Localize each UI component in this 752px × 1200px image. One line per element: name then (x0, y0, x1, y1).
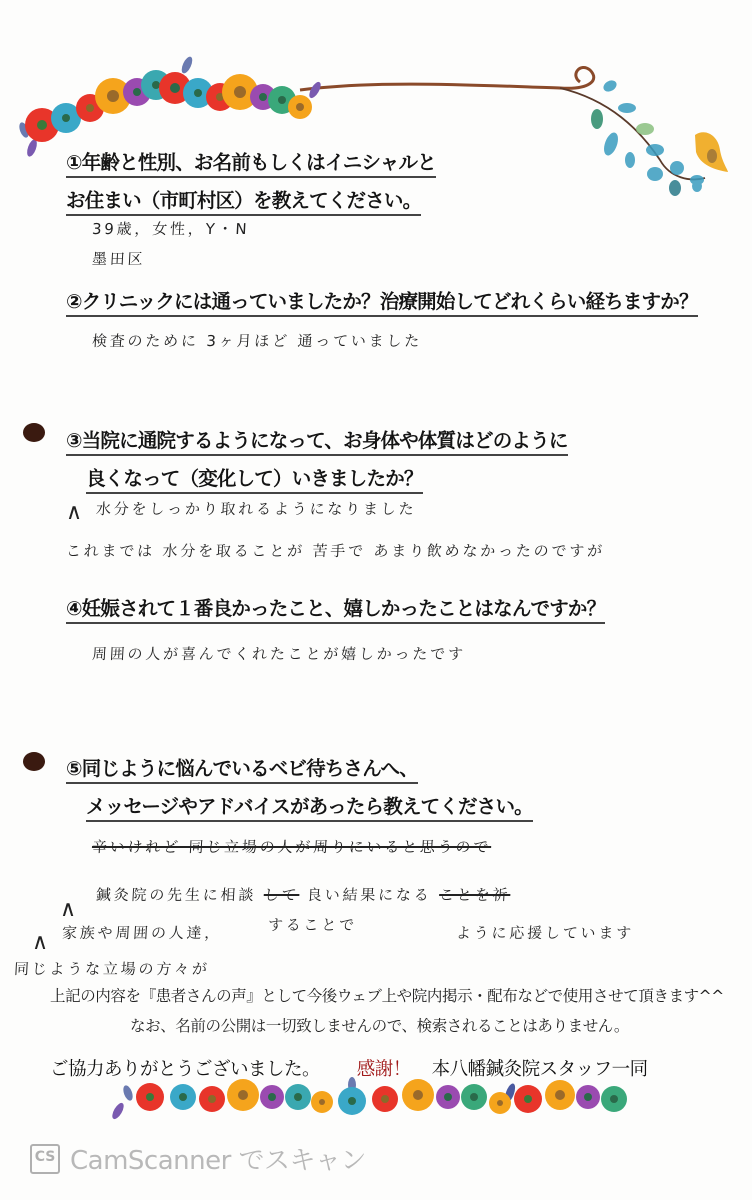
insertion-caret-icon: ∧ (32, 930, 48, 955)
question-3-answer-line-1: 水分をしっかり取れるようになりました (95, 498, 417, 519)
question-3-answer-line-2: これまでは 水分を取ることが 苦手で あまり飲めなかったのですが (65, 540, 605, 561)
question-5-answer-line-2: 家族や周囲の人達， (61, 922, 222, 943)
question-2-answer: 検査のために 3ヶ月ほど 通っていました (91, 330, 422, 351)
insertion-caret-icon: ∧ (66, 500, 82, 525)
question-5-insert-b: ように応援しています (455, 922, 634, 943)
question-1-answer-line-2: 墨田区 (91, 248, 146, 269)
bird-icon (695, 132, 728, 172)
question-5-title: ⑤同じように悩んでいるベビ待ちさんへ、 メッセージやアドバイスがあったら教えてく… (66, 752, 533, 828)
usage-notice-line-2: なお、名前の公開は一切致しませんので、検索されることはありません。 (130, 1014, 629, 1036)
question-5-answer-line-1: 鍼灸院の先生に相談 して 良い結果になる ことを祈 (95, 884, 510, 905)
question-5-struck-answer: 辛いけれど 同じ立場の人が周りにいると思うので (91, 836, 491, 857)
question-4-title: ④妊娠されて１番良かったこと、嬉しかったことはなんですか？ (66, 592, 605, 630)
question-5-answer-line-3: 同じような立場の方々が (13, 958, 210, 979)
bullet-dot-icon (23, 752, 45, 771)
question-4-answer: 周囲の人が喜んでくれたことが嬉しかったです (91, 643, 466, 664)
usage-notice-line-1: 上記の内容を『患者さんの声』として今後ウェブ上や院内掲示・配布などで使用させて頂… (50, 984, 724, 1006)
question-1-title: ①年齢と性別、お名前もしくはイニシャルと お住まい（市町村区）を教えてください。 (66, 146, 436, 222)
bullet-dot-icon (23, 423, 45, 442)
camscanner-watermark-text: CamScanner でスキャン (70, 1140, 366, 1177)
question-5-insert-a: することで (267, 914, 357, 935)
camscanner-logo-icon: CS (30, 1144, 60, 1174)
question-2-title: ②クリニックには通っていましたか？治療開始してどれくらい経ちますか？ (66, 285, 698, 323)
bottom-flower-garland-icon (0, 1075, 752, 1125)
insertion-caret-icon: ∧ (60, 897, 76, 922)
camscanner-watermark: CS CamScanner でスキャン (30, 1140, 366, 1177)
question-1-answer-line-1: 39歳，女性，Y・N (91, 218, 250, 239)
question-3-title: ③当院に通院するようになって、お身体や体質はどのように 良くなって（変化して）い… (66, 424, 568, 500)
